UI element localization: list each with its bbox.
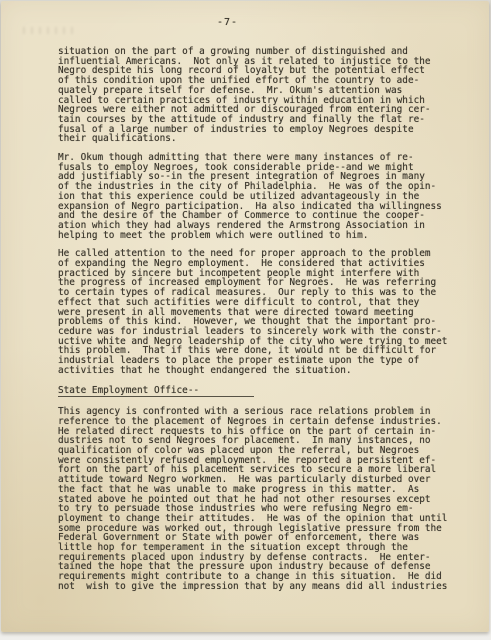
paragraph-4: This agency is confronted with a serious… — [58, 407, 458, 591]
faint-pencil-mark — [23, 27, 78, 34]
page-number: -7- — [217, 17, 238, 28]
paragraph-3: He called attention to the need for prop… — [58, 249, 458, 375]
paragraph-1: situation on the part of a growing numbe… — [58, 47, 458, 144]
typewritten-text-block: situation on the part of a growing numbe… — [58, 47, 458, 601]
section-heading: State Employment Office-- — [58, 386, 254, 398]
scanned-page: -7- situation on the part of a growing n… — [0, 0, 491, 640]
paper-sheet: -7- situation on the part of a growing n… — [1, 1, 489, 632]
paragraph-2: Mr. Okum though admitting that there wer… — [58, 153, 458, 240]
